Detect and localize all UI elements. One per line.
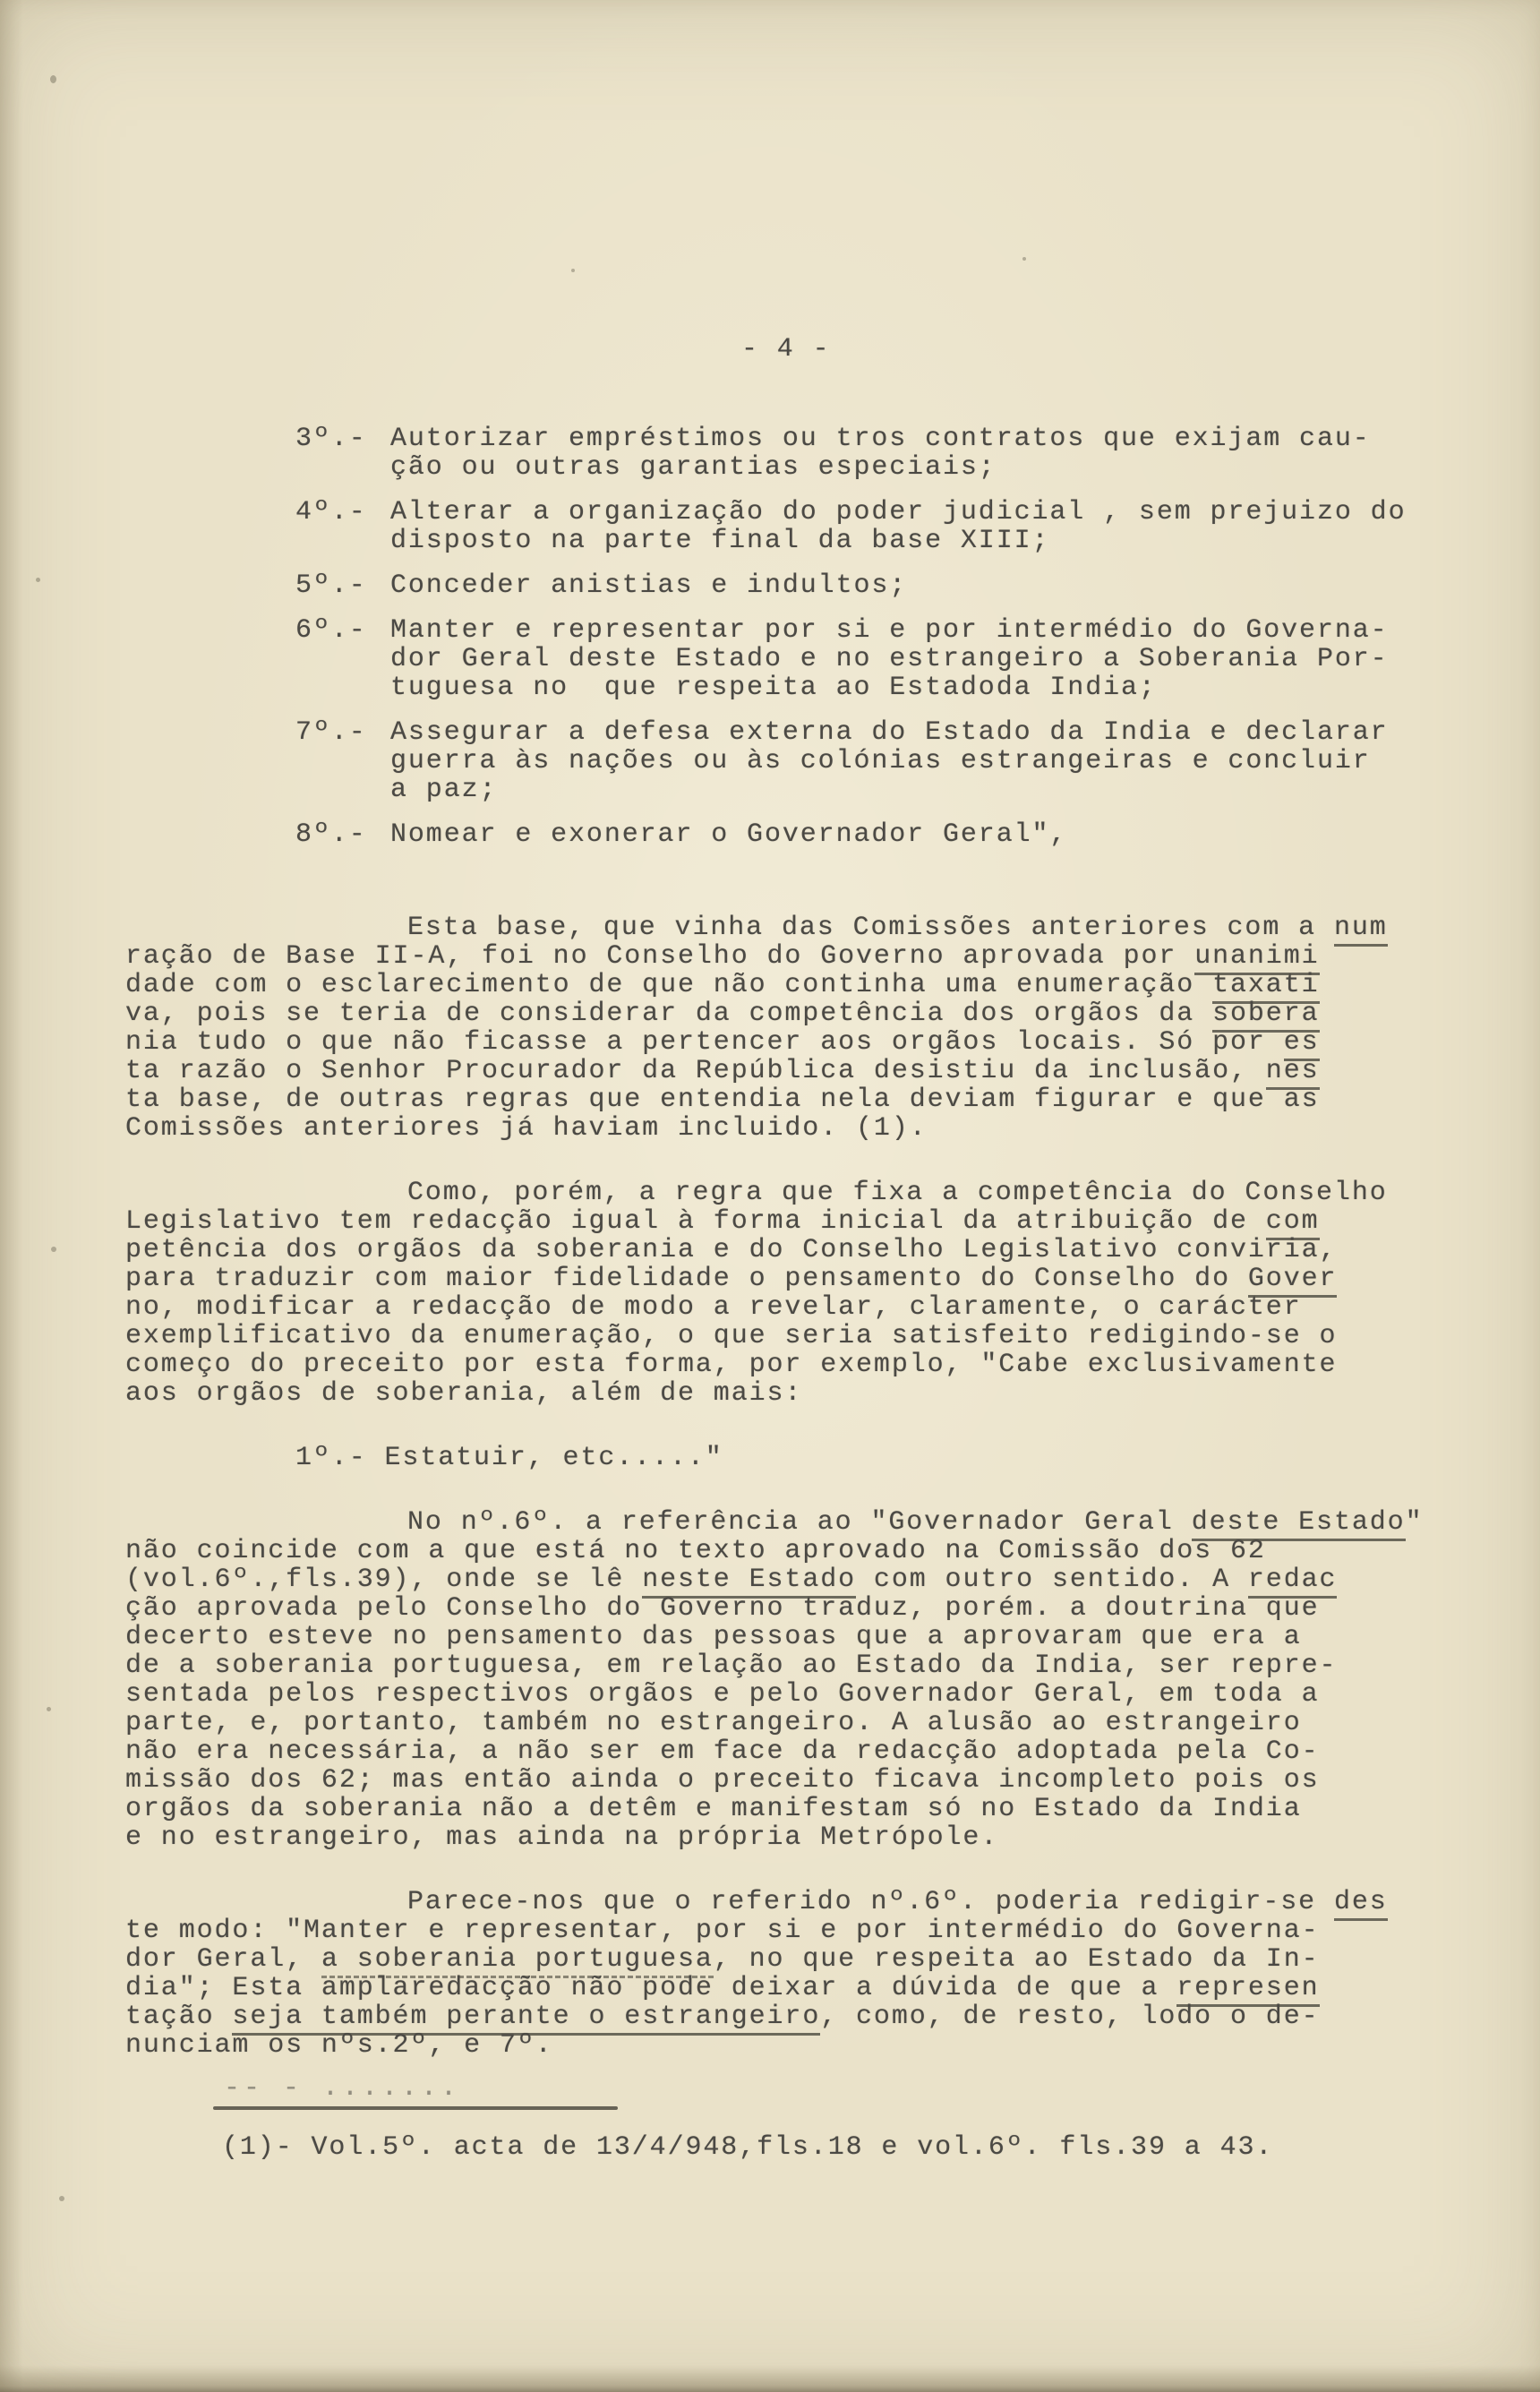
page-edge-shade-bottom bbox=[0, 2365, 1540, 2392]
text-line: decerto esteve no pensamento das pessoas… bbox=[125, 1623, 1379, 1651]
list-item: 6º.-Manter e representar por si e por in… bbox=[125, 616, 1379, 702]
text-line: orgãos da soberania não a detêm e manife… bbox=[125, 1795, 1379, 1823]
footnote-rule bbox=[213, 2106, 618, 2110]
text-line: ta base, de outras regras que entendia n… bbox=[125, 1085, 1379, 1114]
paper-speck bbox=[51, 1247, 56, 1252]
text-line: dor Geral deste Estado e no estrangeiro … bbox=[390, 645, 1379, 673]
list-item: 8º.-Nomear e exonerar o Governador Geral… bbox=[125, 820, 1379, 849]
item-number: 5º.- bbox=[295, 571, 367, 600]
ordinance-list: 3º.-Autorizar empréstimos ou tros contra… bbox=[125, 424, 1379, 849]
text-line: de a soberania portuguesa, em relação ao… bbox=[125, 1651, 1379, 1680]
paragraph-4: Parece-nos que o referido nº.6º. poderia… bbox=[125, 1888, 1379, 2060]
text-line: Comissões anteriores já haviam incluido.… bbox=[125, 1114, 1379, 1143]
page-number: - 4 - bbox=[741, 335, 1379, 364]
text-line: guerra às nações ou às colónias estrange… bbox=[390, 747, 1379, 776]
paper-speck bbox=[36, 578, 40, 582]
paragraph-3: No nº.6º. a referência ao "Governador Ge… bbox=[125, 1508, 1379, 1852]
paper-speck bbox=[571, 269, 575, 272]
text-line: Autorizar empréstimos ou tros contratos … bbox=[390, 424, 1379, 453]
text-line: começo do preceito por esta forma, por e… bbox=[125, 1350, 1379, 1379]
text-line: Alterar a organização do poder judicial … bbox=[390, 498, 1379, 527]
text-line: parte, e, portanto, também no estrangeir… bbox=[125, 1709, 1379, 1737]
text-line: (vol.6º.,fls.39), onde se lê neste Estad… bbox=[125, 1565, 1379, 1594]
page-edge-shade-left bbox=[0, 0, 23, 2392]
quote-line: 1º.- Estatuir, etc....." bbox=[295, 1444, 1379, 1472]
paper-speck bbox=[59, 2196, 64, 2201]
text-line: ta razão o Senhor Procurador da Repúblic… bbox=[125, 1057, 1379, 1085]
paragraph-1: Esta base, que vinha das Comissões anter… bbox=[125, 913, 1379, 1143]
text-line: exemplificativo da enumeração, o que ser… bbox=[125, 1322, 1379, 1350]
text-line: não era necessária, a não ser em face da… bbox=[125, 1737, 1379, 1766]
footnote: (1)- Vol.5º. acta de 13/4/948,fls.18 e v… bbox=[222, 2133, 1273, 2162]
text-line: Conceder anistias e indultos; bbox=[390, 571, 1379, 600]
list-item: 4º.-Alterar a organização do poder judic… bbox=[125, 498, 1379, 555]
item-number: 3º.- bbox=[295, 424, 367, 453]
text-line: a paz; bbox=[390, 776, 1379, 804]
item-number: 4º.- bbox=[295, 498, 367, 527]
text-line: sentada pelos respectivos orgãos e pelo … bbox=[125, 1680, 1379, 1709]
text-line: aos orgãos de soberania, além de mais: bbox=[125, 1379, 1379, 1408]
text-line: tuguesa no que respeita ao Estadoda Indi… bbox=[390, 673, 1379, 702]
text-line: tação seja também perante o estrangeiro,… bbox=[125, 2002, 1379, 2031]
text-line: nia tudo o que não ficasse a pertencer a… bbox=[125, 1028, 1379, 1057]
paper-speck bbox=[50, 75, 56, 83]
text-line: Nomear e exonerar o Governador Geral", bbox=[390, 820, 1379, 849]
item-number: 8º.- bbox=[295, 820, 367, 849]
text-line: No nº.6º. a referência ao "Governador Ge… bbox=[125, 1508, 1379, 1537]
text-line: Manter e representar por si e por interm… bbox=[390, 616, 1379, 645]
text-line: Assegurar a defesa externa do Estado da … bbox=[390, 718, 1379, 747]
list-item: 5º.-Conceder anistias e indultos; bbox=[125, 571, 1379, 600]
text-line: ção ou outras garantias especiais; bbox=[390, 453, 1379, 482]
end-mark: -- - ....... bbox=[224, 2074, 460, 2103]
paper-speck bbox=[47, 1707, 51, 1711]
text-line: te modo: "Manter e representar, por si e… bbox=[125, 1916, 1379, 1945]
text-line: ração de Base II-A, foi no Conselho do G… bbox=[125, 942, 1379, 971]
text-line: missão dos 62; mas então ainda o preceit… bbox=[125, 1766, 1379, 1795]
paragraph-2: Como, porém, a regra que fixa a competên… bbox=[125, 1179, 1379, 1408]
text-line: disposto na parte final da base XIII; bbox=[390, 527, 1379, 555]
text-line: petência dos orgãos da soberania e do Co… bbox=[125, 1236, 1379, 1265]
typewritten-content: - 4 - 3º.-Autorizar empréstimos ou tros … bbox=[0, 0, 1379, 2060]
text-line: Parece-nos que o referido nº.6º. poderia… bbox=[125, 1888, 1379, 1916]
document-page: - 4 - 3º.-Autorizar empréstimos ou tros … bbox=[0, 0, 1540, 2392]
text-line: no, modificar a redacção de modo a revel… bbox=[125, 1293, 1379, 1322]
text-line: não coincide com a que está no texto apr… bbox=[125, 1537, 1379, 1565]
paper-speck bbox=[1022, 257, 1026, 261]
list-item: 7º.-Assegurar a defesa externa do Estado… bbox=[125, 718, 1379, 804]
text-line: Como, porém, a regra que fixa a competên… bbox=[125, 1179, 1379, 1207]
text-line: Esta base, que vinha das Comissões anter… bbox=[125, 913, 1379, 942]
text-line: dia"; Esta amplaredacção não pode deixar… bbox=[125, 1974, 1379, 2002]
item-number: 7º.- bbox=[295, 718, 367, 747]
list-item: 3º.-Autorizar empréstimos ou tros contra… bbox=[125, 424, 1379, 482]
item-number: 6º.- bbox=[295, 616, 367, 645]
text-line: e no estrangeiro, mas ainda na própria M… bbox=[125, 1823, 1379, 1852]
text-line: Legislativo tem redacção igual à forma i… bbox=[125, 1207, 1379, 1236]
text-line: dade com o esclarecimento de que não con… bbox=[125, 971, 1379, 999]
text-line: para traduzir com maior fidelidade o pen… bbox=[125, 1265, 1379, 1293]
text-line: dor Geral, a soberania portuguesa, no qu… bbox=[125, 1945, 1379, 1974]
text-line: ção aprovada pelo Conselho do Governo tr… bbox=[125, 1594, 1379, 1623]
text-line: va, pois se teria de considerar da compe… bbox=[125, 999, 1379, 1028]
